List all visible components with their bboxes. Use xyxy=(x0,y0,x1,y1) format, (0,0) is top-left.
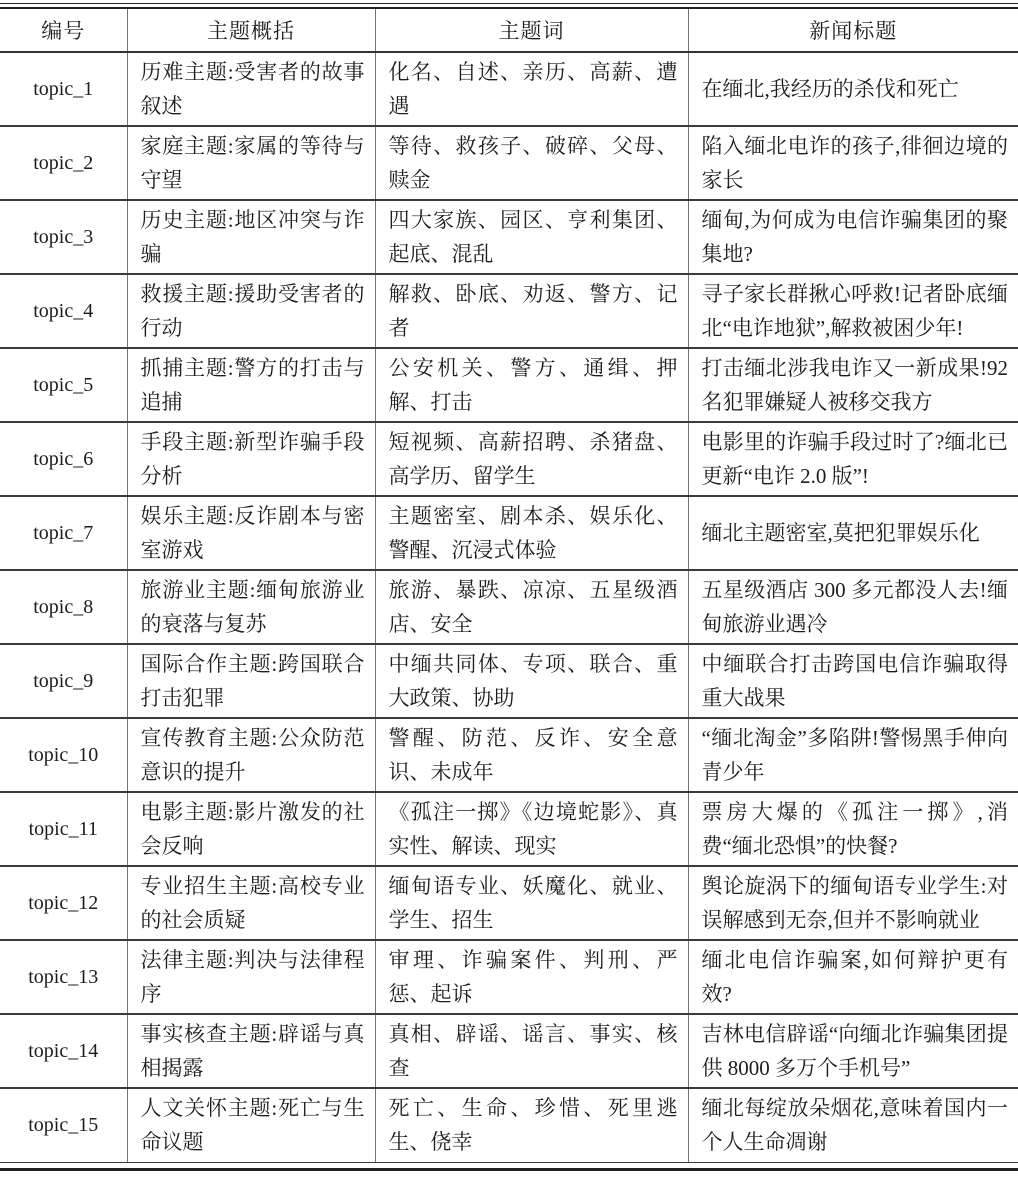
paper-table-page: 编号 主题概括 主题词 新闻标题 topic_1 历难主题:受害者的故事叙述 化… xyxy=(0,0,1018,1182)
table-row: topic_8 旅游业主题:缅甸旅游业的衰落与复苏 旅游、暴跌、凉凉、五星级酒店… xyxy=(0,570,1018,644)
table-row: topic_3 历史主题:地区冲突与诈骗 四大家族、园区、亨利集团、起底、混乱 … xyxy=(0,200,1018,274)
topic-summary-cell: 宣传教育主题:公众防范意识的提升 xyxy=(127,718,375,792)
topic-id-cell: topic_8 xyxy=(0,570,127,644)
topic-summary-cell: 旅游业主题:缅甸旅游业的衰落与复苏 xyxy=(127,570,375,644)
topic-keywords-cell: 审理、诈骗案件、判刑、严惩、起诉 xyxy=(375,940,688,1014)
table-row: topic_6 手段主题:新型诈骗手段分析 短视频、高薪招聘、杀猪盘、高学历、留… xyxy=(0,422,1018,496)
table-row: topic_4 救援主题:援助受害者的行动 解救、卧底、劝返、警方、记者 寻子家… xyxy=(0,274,1018,348)
topic-summary-cell: 家庭主题:家属的等待与守望 xyxy=(127,126,375,200)
topic-headline-cell: 陷入缅北电诈的孩子,徘徊边境的家长 xyxy=(688,126,1018,200)
topic-summary-cell: 事实核查主题:辟谣与真相揭露 xyxy=(127,1014,375,1088)
topic-summary-cell: 抓捕主题:警方的打击与追捕 xyxy=(127,348,375,422)
column-header-keywords: 主题词 xyxy=(375,9,688,52)
table-row: topic_5 抓捕主题:警方的打击与追捕 公安机关、警方、通缉、押解、打击 打… xyxy=(0,348,1018,422)
table-row: topic_7 娱乐主题:反诈剧本与密室游戏 主题密室、剧本杀、娱乐化、警醒、沉… xyxy=(0,496,1018,570)
topic-id-cell: topic_5 xyxy=(0,348,127,422)
topic-id-cell: topic_4 xyxy=(0,274,127,348)
topic-keywords-cell: 解救、卧底、劝返、警方、记者 xyxy=(375,274,688,348)
topic-summary-cell: 手段主题:新型诈骗手段分析 xyxy=(127,422,375,496)
topic-id-cell: topic_11 xyxy=(0,792,127,866)
table-row: topic_2 家庭主题:家属的等待与守望 等待、救孩子、破碎、父母、赎金 陷入… xyxy=(0,126,1018,200)
topic-summary-cell: 专业招生主题:高校专业的社会质疑 xyxy=(127,866,375,940)
topic-summary-cell: 电影主题:影片激发的社会反响 xyxy=(127,792,375,866)
topic-model-table: 编号 主题概括 主题词 新闻标题 topic_1 历难主题:受害者的故事叙述 化… xyxy=(0,9,1018,1163)
topic-keywords-cell: 真相、辟谣、谣言、事实、核查 xyxy=(375,1014,688,1088)
topic-headline-cell: 舆论旋涡下的缅甸语专业学生:对误解感到无奈,但并不影响就业 xyxy=(688,866,1018,940)
topic-id-cell: topic_10 xyxy=(0,718,127,792)
table-top-rule-thin xyxy=(0,3,1018,4)
topic-headline-cell: 缅北主题密室,莫把犯罪娱乐化 xyxy=(688,496,1018,570)
topic-headline-cell: 缅甸,为何成为电信诈骗集团的聚集地? xyxy=(688,200,1018,274)
table-body: topic_1 历难主题:受害者的故事叙述 化名、自述、亲历、高薪、遭遇 在缅北… xyxy=(0,52,1018,1162)
topic-keywords-cell: 中缅共同体、专项、联合、重大政策、协助 xyxy=(375,644,688,718)
topic-headline-cell: 缅北电信诈骗案,如何辩护更有效? xyxy=(688,940,1018,1014)
topic-summary-cell: 救援主题:援助受害者的行动 xyxy=(127,274,375,348)
topic-keywords-cell: 主题密室、剧本杀、娱乐化、警醒、沉浸式体验 xyxy=(375,496,688,570)
topic-keywords-cell: 死亡、生命、珍惜、死里逃生、侥幸 xyxy=(375,1088,688,1162)
topic-summary-cell: 人文关怀主题:死亡与生命议题 xyxy=(127,1088,375,1162)
table-row: topic_9 国际合作主题:跨国联合打击犯罪 中缅共同体、专项、联合、重大政策… xyxy=(0,644,1018,718)
topic-headline-cell: 吉林电信辟谣“向缅北诈骗集团提供 8000 多万个手机号” xyxy=(688,1014,1018,1088)
topic-id-cell: topic_14 xyxy=(0,1014,127,1088)
topic-id-cell: topic_12 xyxy=(0,866,127,940)
table-row: topic_15 人文关怀主题:死亡与生命议题 死亡、生命、珍惜、死里逃生、侥幸… xyxy=(0,1088,1018,1162)
topic-keywords-cell: 《孤注一掷》《边境蛇影》、真实性、解读、现实 xyxy=(375,792,688,866)
column-header-id: 编号 xyxy=(0,9,127,52)
topic-keywords-cell: 旅游、暴跌、凉凉、五星级酒店、安全 xyxy=(375,570,688,644)
table-row: topic_1 历难主题:受害者的故事叙述 化名、自述、亲历、高薪、遭遇 在缅北… xyxy=(0,52,1018,126)
topic-id-cell: topic_13 xyxy=(0,940,127,1014)
topic-id-cell: topic_1 xyxy=(0,52,127,126)
column-header-headline: 新闻标题 xyxy=(688,9,1018,52)
topic-id-cell: topic_9 xyxy=(0,644,127,718)
column-header-summary: 主题概括 xyxy=(127,9,375,52)
table-row: topic_12 专业招生主题:高校专业的社会质疑 缅甸语专业、妖魔化、就业、学… xyxy=(0,866,1018,940)
topic-keywords-cell: 四大家族、园区、亨利集团、起底、混乱 xyxy=(375,200,688,274)
table-row: topic_11 电影主题:影片激发的社会反响 《孤注一掷》《边境蛇影》、真实性… xyxy=(0,792,1018,866)
topic-headline-cell: 五星级酒店 300 多元都没人去!缅甸旅游业遇冷 xyxy=(688,570,1018,644)
topic-headline-cell: “缅北淘金”多陷阱!警惕黑手伸向青少年 xyxy=(688,718,1018,792)
topic-headline-cell: 在缅北,我经历的杀伐和死亡 xyxy=(688,52,1018,126)
topic-summary-cell: 历难主题:受害者的故事叙述 xyxy=(127,52,375,126)
topic-summary-cell: 娱乐主题:反诈剧本与密室游戏 xyxy=(127,496,375,570)
topic-keywords-cell: 警醒、防范、反诈、安全意识、未成年 xyxy=(375,718,688,792)
topic-headline-cell: 票房大爆的《孤注一掷》,消费“缅北恐惧”的快餐? xyxy=(688,792,1018,866)
topic-headline-cell: 电影里的诈骗手段过时了?缅北已更新“电诈 2.0 版”! xyxy=(688,422,1018,496)
header-row: 编号 主题概括 主题词 新闻标题 xyxy=(0,9,1018,52)
table-row: topic_14 事实核查主题:辟谣与真相揭露 真相、辟谣、谣言、事实、核查 吉… xyxy=(0,1014,1018,1088)
topic-headline-cell: 打击缅北涉我电诈又一新成果!92 名犯罪嫌疑人被移交我方 xyxy=(688,348,1018,422)
topic-keywords-cell: 缅甸语专业、妖魔化、就业、学生、招生 xyxy=(375,866,688,940)
topic-headline-cell: 寻子家长群揪心呼救!记者卧底缅北“电诈地狱”,解救被困少年! xyxy=(688,274,1018,348)
topic-summary-cell: 法律主题:判决与法律程序 xyxy=(127,940,375,1014)
topic-headline-cell: 中缅联合打击跨国电信诈骗取得重大战果 xyxy=(688,644,1018,718)
topic-headline-cell: 缅北每绽放朵烟花,意味着国内一个人生命凋谢 xyxy=(688,1088,1018,1162)
table-bottom-rule-thick xyxy=(0,1168,1018,1171)
topic-id-cell: topic_15 xyxy=(0,1088,127,1162)
topic-id-cell: topic_3 xyxy=(0,200,127,274)
topic-id-cell: topic_7 xyxy=(0,496,127,570)
topic-id-cell: topic_6 xyxy=(0,422,127,496)
topic-summary-cell: 历史主题:地区冲突与诈骗 xyxy=(127,200,375,274)
topic-summary-cell: 国际合作主题:跨国联合打击犯罪 xyxy=(127,644,375,718)
table-row: topic_10 宣传教育主题:公众防范意识的提升 警醒、防范、反诈、安全意识、… xyxy=(0,718,1018,792)
topic-keywords-cell: 公安机关、警方、通缉、押解、打击 xyxy=(375,348,688,422)
topic-id-cell: topic_2 xyxy=(0,126,127,200)
table-row: topic_13 法律主题:判决与法律程序 审理、诈骗案件、判刑、严惩、起诉 缅… xyxy=(0,940,1018,1014)
topic-keywords-cell: 化名、自述、亲历、高薪、遭遇 xyxy=(375,52,688,126)
topic-keywords-cell: 短视频、高薪招聘、杀猪盘、高学历、留学生 xyxy=(375,422,688,496)
table-header: 编号 主题概括 主题词 新闻标题 xyxy=(0,9,1018,52)
topic-keywords-cell: 等待、救孩子、破碎、父母、赎金 xyxy=(375,126,688,200)
